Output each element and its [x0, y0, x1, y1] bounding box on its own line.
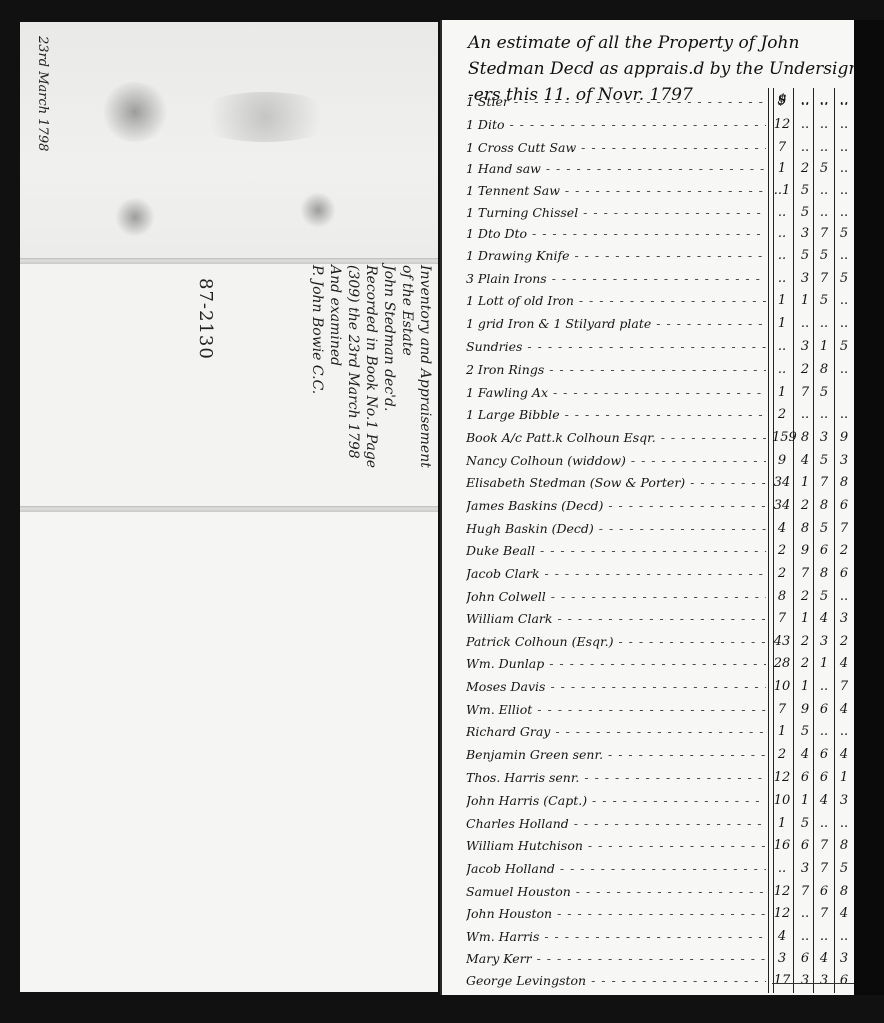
fraction-value: ..	[835, 248, 853, 263]
pence-value: 6	[816, 884, 832, 899]
pence-value: ..	[816, 140, 832, 155]
ledger-row: Samuel Houston12768	[466, 882, 856, 904]
pounds-value: 1	[772, 385, 792, 400]
fraction-value: ..	[835, 316, 853, 331]
shillings-value: 7	[796, 566, 814, 581]
pence-value: 5	[816, 453, 832, 468]
pounds-value: 9	[772, 453, 792, 468]
ledger-item-label: 1 Tennent Saw	[466, 183, 766, 198]
fraction-value: 8	[835, 475, 853, 490]
shillings-value: 8	[796, 521, 814, 536]
ledger-item-label: 1 Fawling Ax	[466, 385, 766, 400]
right-sheet: An estimate of all the Property of John …	[440, 20, 856, 995]
shillings-value: ..	[796, 316, 814, 331]
ledger-item-label: 1 Dto Dto	[466, 226, 766, 241]
pounds-value: 4	[772, 521, 792, 536]
fraction-value: ..	[835, 724, 853, 739]
ledger-item-label: 1 Hand saw	[466, 161, 766, 176]
pounds-value: 2	[772, 543, 792, 558]
ledger-row: John Harris (Capt.)10143	[466, 791, 856, 813]
pence-value: 8	[816, 566, 832, 581]
shillings-value: 5	[796, 816, 814, 831]
pounds-value: 8	[772, 589, 792, 604]
shillings-value: 2	[796, 362, 814, 377]
docket-line: And examined	[327, 265, 343, 366]
ledger-row: Nancy Colhoun (widdow)9453	[466, 451, 856, 473]
fraction-value: 6	[835, 498, 853, 513]
pounds-value: 16	[772, 838, 792, 853]
ledger-row: 1 Turning Chissel..5....	[466, 203, 856, 225]
pounds-value: 43	[772, 634, 792, 649]
fraction-value: 8	[835, 838, 853, 853]
pounds-value: 2	[772, 566, 792, 581]
pounds-value: ..	[772, 271, 792, 286]
docket-line: Recorded in Book No.1 Page	[363, 265, 379, 468]
ledger-row: John Houston12..74	[466, 904, 856, 926]
shillings-value: 5	[796, 724, 814, 739]
ledger-item-label: John Harris (Capt.)	[466, 793, 766, 808]
fraction-value: ..	[835, 407, 853, 422]
pence-value: 6	[816, 702, 832, 717]
ledger-item-label: 1 Dito	[466, 117, 766, 132]
ledger-item-label: 1 Large Bibble	[466, 407, 766, 422]
fraction-value: 5	[835, 339, 853, 354]
pence-value: 5	[816, 161, 832, 176]
fraction-value: ..	[835, 205, 853, 220]
pounds-value: 12	[772, 884, 792, 899]
ledger-item-label: Mary Kerr	[466, 951, 766, 966]
fraction-value: 7	[835, 521, 853, 536]
shillings-value: ..	[796, 94, 814, 109]
ledger-item-label: James Baskins (Decd)	[466, 498, 766, 513]
ledger-row: Duke Beall2962	[466, 541, 856, 563]
ledger-row: 1 Large Bibble2......	[466, 405, 856, 427]
pounds-value: ..	[772, 362, 792, 377]
ledger-row: 1 Cross Cutt Saw7......	[466, 138, 856, 160]
shillings-value: 6	[796, 838, 814, 853]
ledger-row: Jacob Holland..375	[466, 859, 856, 881]
pence-value: ..	[816, 316, 832, 331]
pence-value: 7	[816, 906, 832, 921]
pounds-value: 1	[772, 293, 792, 308]
ledger-row: George Levingston17336	[466, 971, 856, 993]
ledger-item-label: 1 Lott of old Iron	[466, 293, 766, 308]
ledger-item-label: Patrick Colhoun (Esqr.)	[466, 634, 766, 649]
ledger-item-label: 1 Drawing Knife	[466, 248, 766, 263]
ledger-item-label: Jacob Clark	[466, 566, 766, 581]
ledger-row: 1 Tennent Saw..15....	[466, 181, 856, 203]
docket-line: of the Estate	[399, 265, 415, 356]
fraction-value: ..	[835, 183, 853, 198]
shillings-value: 3	[796, 226, 814, 241]
shillings-value: 5	[796, 183, 814, 198]
pounds-value: ..	[772, 226, 792, 241]
stain	[190, 92, 340, 142]
fraction-value: 4	[835, 906, 853, 921]
ledger-item-label: Hugh Baskin (Decd)	[466, 521, 766, 536]
pence-value: ..	[816, 407, 832, 422]
ledger-row: Thos. Harris senr.12661	[466, 768, 856, 790]
pence-value: ..	[816, 117, 832, 132]
fraction-value: 3	[835, 611, 853, 626]
ledger-row: 1 Dto Dto..375	[466, 224, 856, 246]
pence-value: 1	[816, 339, 832, 354]
stain	[115, 197, 155, 237]
ledger-row: Book A/c Patt.k Colhoun Esqr.159839	[466, 428, 856, 450]
shillings-value: ..	[796, 407, 814, 422]
pence-value: 4	[816, 611, 832, 626]
shillings-value: 4	[796, 453, 814, 468]
shillings-value: ..	[796, 117, 814, 132]
fraction-value: 7	[835, 679, 853, 694]
docket-line: Inventory and Appraisement	[417, 265, 433, 468]
pence-value: 8	[816, 498, 832, 513]
pence-value: 3	[816, 430, 832, 445]
ledger-row: William Clark7143	[466, 609, 856, 631]
shillings-value: 1	[796, 475, 814, 490]
fraction-value: ..	[835, 816, 853, 831]
pounds-value: 10	[772, 679, 792, 694]
shillings-value: 5	[796, 248, 814, 263]
ledger-item-label: George Levingston	[466, 973, 766, 988]
pence-value: ..	[816, 816, 832, 831]
fraction-value: 9	[835, 430, 853, 445]
ledger-row: Richard Gray15....	[466, 722, 856, 744]
pence-value: 4	[816, 793, 832, 808]
ledger-row: Wm. Harris4......	[466, 927, 856, 949]
pounds-value: ..	[772, 339, 792, 354]
pounds-value: 12	[772, 906, 792, 921]
pence-value: 4	[816, 951, 832, 966]
shillings-value: 3	[796, 861, 814, 876]
ledger-row: Patrick Colhoun (Esqr.)43232	[466, 632, 856, 654]
pounds-value: 2	[772, 747, 792, 762]
ledger-item-label: Duke Beall	[466, 543, 766, 558]
fraction-value: 5	[835, 861, 853, 876]
shillings-value: 7	[796, 884, 814, 899]
pounds-value: 159	[772, 430, 792, 445]
docket-number: 87-2130	[195, 278, 216, 360]
fraction-value: 6	[835, 973, 853, 988]
pence-value: ..	[816, 183, 832, 198]
ledger-item-label: Sundries	[466, 339, 766, 354]
ledger-row: 1 Fawling Ax175	[466, 383, 856, 405]
pence-value: 8	[816, 362, 832, 377]
ledger-item-label: Nancy Colhoun (widdow)	[466, 453, 766, 468]
pence-value: 5	[816, 589, 832, 604]
pounds-value: 1	[772, 161, 792, 176]
pence-value: ..	[816, 679, 832, 694]
shillings-value: 1	[796, 293, 814, 308]
marginal-date: 23rd March 1798	[24, 34, 54, 184]
scan-edge	[854, 20, 884, 995]
pounds-value: ..1	[772, 183, 792, 198]
shillings-value: 8	[796, 430, 814, 445]
ledger-item-label: Thos. Harris senr.	[466, 770, 766, 785]
shillings-value: 3	[796, 973, 814, 988]
shillings-value: 2	[796, 498, 814, 513]
ledger-item-label: 1 Turning Chissel	[466, 205, 766, 220]
pounds-value: ..	[772, 205, 792, 220]
fraction-value: ..	[835, 161, 853, 176]
pounds-value: 2	[772, 407, 792, 422]
fraction-value: ..	[835, 94, 853, 109]
ledger-row: Elisabeth Stedman (Sow & Porter)34178	[466, 473, 856, 495]
ledger-row: Benjamin Green senr.2464	[466, 745, 856, 767]
docket-endorsement: Inventory and Appraisement of the Estate…	[190, 265, 440, 515]
ledger-row: Moses Davis101..7	[466, 677, 856, 699]
shillings-value: 2	[796, 589, 814, 604]
pounds-value: 7	[772, 140, 792, 155]
pence-value: ..	[816, 724, 832, 739]
shillings-value: 6	[796, 770, 814, 785]
ledger-item-label: Jacob Holland	[466, 861, 766, 876]
ledger-item-label: Moses Davis	[466, 679, 766, 694]
docket-line: John Stedman dec'd.	[381, 265, 397, 411]
fraction-value: 3	[835, 951, 853, 966]
shillings-value: 5	[796, 205, 814, 220]
pounds-value: 7	[772, 702, 792, 717]
fraction-value: 3	[835, 793, 853, 808]
pounds-value: 28	[772, 656, 792, 671]
ledger-row: William Hutchison16678	[466, 836, 856, 858]
shillings-value: 2	[796, 161, 814, 176]
total-rule	[772, 983, 856, 984]
left-bottom-panel	[20, 512, 438, 992]
stain	[100, 82, 170, 142]
ledger-item-label: Wm. Elliot	[466, 702, 766, 717]
ledger-row: Mary Kerr3643	[466, 949, 856, 971]
fraction-value: 8	[835, 884, 853, 899]
pounds-value: 3	[772, 951, 792, 966]
pounds-value: ..	[772, 248, 792, 263]
fraction-value: 6	[835, 566, 853, 581]
ledger-item-label: 1 Stier	[466, 94, 766, 109]
pounds-value: 12	[772, 117, 792, 132]
shillings-value: 9	[796, 702, 814, 717]
shillings-value: ..	[796, 140, 814, 155]
ledger-row: 3 Plain Irons..375	[466, 269, 856, 291]
ledger-item-label: Wm. Harris	[466, 929, 766, 944]
fraction-value: ..	[835, 140, 853, 155]
pounds-value: ..	[772, 861, 792, 876]
ledger-item-label: 2 Iron Rings	[466, 362, 766, 377]
ledger-item-label: Charles Holland	[466, 816, 766, 831]
pence-value: 5	[816, 293, 832, 308]
pounds-value: 34	[772, 498, 792, 513]
pounds-value: 17	[772, 973, 792, 988]
fraction-value: ..	[835, 293, 853, 308]
fraction-value: ..	[835, 589, 853, 604]
ledger-row: 1 grid Iron & 1 Stilyard plate1......	[466, 314, 856, 336]
shillings-value: 7	[796, 385, 814, 400]
ledger-row: John Colwell825..	[466, 587, 856, 609]
title-line: An estimate of all the Property of John	[468, 30, 858, 56]
shillings-value: 2	[796, 634, 814, 649]
pounds-value: 12	[772, 770, 792, 785]
shillings-value: 3	[796, 271, 814, 286]
shillings-value: 2	[796, 656, 814, 671]
pounds-value: 4	[772, 929, 792, 944]
ledger-item-label: John Colwell	[466, 589, 766, 604]
pence-value: 7	[816, 475, 832, 490]
shillings-value: ..	[796, 929, 814, 944]
shillings-value: ..	[796, 906, 814, 921]
ledger-item-label: John Houston	[466, 906, 766, 921]
pence-value: ..	[816, 205, 832, 220]
ledger-row: Wm. Dunlap28214	[466, 654, 856, 676]
ledger-row: Hugh Baskin (Decd)4857	[466, 519, 856, 541]
ledger-item-label: Elisabeth Stedman (Sow & Porter)	[466, 475, 766, 490]
fraction-value: ..	[835, 117, 853, 132]
shillings-value: 1	[796, 793, 814, 808]
shillings-value: 3	[796, 339, 814, 354]
pounds-value: 9	[772, 94, 792, 109]
fraction-value: 4	[835, 702, 853, 717]
pence-value: 5	[816, 385, 832, 400]
pence-value: 7	[816, 838, 832, 853]
pounds-value: 1	[772, 724, 792, 739]
title-line: Stedman Decd as apprais.d by the Undersi…	[468, 56, 858, 82]
ledger-row: 1 Stier9......	[466, 92, 856, 114]
pounds-value: 10	[772, 793, 792, 808]
pence-value: 7	[816, 861, 832, 876]
fraction-value: 4	[835, 747, 853, 762]
ledger-row: 1 Drawing Knife..55..	[466, 246, 856, 268]
ledger-row: 1 Hand saw125..	[466, 159, 856, 181]
shillings-value: 1	[796, 611, 814, 626]
pounds-value: 7	[772, 611, 792, 626]
pence-value: 3	[816, 634, 832, 649]
pence-value: 5	[816, 521, 832, 536]
pence-value: 6	[816, 543, 832, 558]
pounds-value: 1	[772, 316, 792, 331]
ledger-item-label: William Clark	[466, 611, 766, 626]
fraction-value: ..	[835, 929, 853, 944]
ledger-row: 2 Iron Rings..28..	[466, 360, 856, 382]
shillings-value: 4	[796, 747, 814, 762]
ledger-row: James Baskins (Decd)34286	[466, 496, 856, 518]
stain	[300, 192, 336, 228]
ledger-item-label: 1 grid Iron & 1 Stilyard plate	[466, 316, 766, 331]
ledger-item-label: Richard Gray	[466, 724, 766, 739]
pence-value: 1	[816, 656, 832, 671]
ledger-item-label: 1 Cross Cutt Saw	[466, 140, 766, 155]
ledger-item-label: Benjamin Green senr.	[466, 747, 766, 762]
pence-value: ..	[816, 94, 832, 109]
pounds-value: 1	[772, 816, 792, 831]
left-top-panel: 23rd March 1798	[20, 22, 438, 260]
ledger-row: Sundries..315	[466, 337, 856, 359]
ledger-row: Wm. Elliot7964	[466, 700, 856, 722]
shillings-value: 9	[796, 543, 814, 558]
fraction-value: 2	[835, 543, 853, 558]
fraction-value: 4	[835, 656, 853, 671]
fraction-value: 3	[835, 453, 853, 468]
docket-line: (309) the 23rd March 1798	[345, 265, 361, 459]
fraction-value: 1	[835, 770, 853, 785]
pence-value: 7	[816, 271, 832, 286]
pounds-value: 34	[772, 475, 792, 490]
pence-value: 6	[816, 747, 832, 762]
ledger-item-label: 3 Plain Irons	[466, 271, 766, 286]
ledger-row: Charles Holland15....	[466, 814, 856, 836]
ledger-row: 1 Dito12......	[466, 115, 856, 137]
pence-value: 3	[816, 973, 832, 988]
pence-value: ..	[816, 929, 832, 944]
fraction-value: 2	[835, 634, 853, 649]
ledger-item-label: Wm. Dunlap	[466, 656, 766, 671]
ledger-item-label: William Hutchison	[466, 838, 766, 853]
ledger-item-label: Book A/c Patt.k Colhoun Esqr.	[466, 430, 766, 445]
pence-value: 7	[816, 226, 832, 241]
ledger-row: 1 Lott of old Iron115..	[466, 291, 856, 313]
fraction-value: 5	[835, 271, 853, 286]
fraction-value: ..	[835, 362, 853, 377]
fraction-value: 5	[835, 226, 853, 241]
pence-value: 5	[816, 248, 832, 263]
shillings-value: 6	[796, 951, 814, 966]
ledger-row: Jacob Clark2786	[466, 564, 856, 586]
pence-value: 6	[816, 770, 832, 785]
shillings-value: 1	[796, 679, 814, 694]
docket-line: P. John Bowie C.C.	[309, 265, 325, 394]
ledger-item-label: Samuel Houston	[466, 884, 766, 899]
